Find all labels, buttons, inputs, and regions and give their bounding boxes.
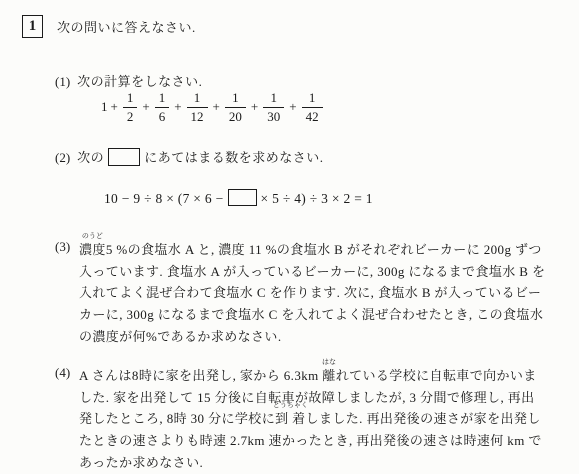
text-run: たときの速さよりも時速 2.7km 速かったとき, 再出発後の速さは時速何 km… [79, 433, 542, 448]
furigana-reading: のうど [82, 233, 103, 240]
furigana-term: はな離 [322, 365, 335, 387]
fraction-denominator: 30 [263, 107, 284, 124]
plus-operator: + [142, 99, 149, 115]
text-run: 入っています. 食塩水 A が入っているビーカーに, 300g になるまで食塩水… [79, 264, 545, 279]
math-worksheet-page: 1 次の問いに答えなさい. (1)次の計算をしなさい. 1+12+16+112+… [0, 0, 579, 474]
fraction-denominator: 42 [302, 107, 323, 124]
text-run: あったか求めなさい. [79, 455, 203, 470]
furigana-base: 濃度 [79, 242, 106, 257]
question-2-equation: 10 − 9 ÷ 8 × (7 × 6 −× 5 ÷ 4) ÷ 3 × 2 = … [104, 189, 373, 207]
plus-operator: + [174, 99, 181, 115]
furigana-reading: とうちゃく [273, 402, 308, 409]
blank-box [108, 148, 140, 166]
plus-operator: + [111, 99, 118, 115]
text-run: × 5 ÷ 4) ÷ 3 × 2 = 1 [261, 191, 373, 206]
fraction: 120 [225, 91, 246, 123]
fraction: 112 [187, 91, 208, 123]
furigana-term: とうちゃく到 着 [275, 408, 305, 430]
text-run: の濃度が何%であるか求めなさい. [79, 329, 281, 344]
paragraph-line: カーに, 300g になるまで食塩水 C を入れてよく混ぜ合わせたとき, この食… [79, 304, 545, 326]
text-run: 発したところ, 8時 30 分に学校に [79, 411, 275, 426]
question-1-label: (1) [55, 74, 70, 89]
question-1-expression: 1+12+16+112+120+130+142 [101, 91, 325, 123]
fraction-numerator: 1 [228, 91, 243, 107]
paragraph-line: たときの速さよりも時速 2.7km 速かったとき, 再出発後の速さは時速何 km… [79, 430, 542, 452]
furigana-base: 到 着 [275, 411, 305, 426]
paragraph-line: あったか求めなさい. [79, 452, 542, 474]
question-2-label: (2) [55, 150, 70, 165]
fraction-numerator: 1 [305, 91, 320, 107]
plus-operator: + [251, 99, 258, 115]
text-run: カーに, 300g になるまで食塩水 C を入れてよく混ぜ合わせたとき, この食… [79, 307, 543, 322]
fraction: 130 [263, 91, 284, 123]
question-2-text: 次のにあてはまる数を求めなさい. [77, 150, 323, 165]
text-run: にあてはまる数を求めなさい. [144, 150, 323, 165]
question-4-text: A さんは8時に家を出発し, 家から 6.3km はな離れている学校に自転車で向… [79, 365, 542, 473]
question-3-paragraph: (3) のうど濃度5 %の食塩水 A と, 濃度 11 %の食塩水 B がそれぞ… [55, 239, 545, 347]
question-2-prompt: (2)次のにあてはまる数を求めなさい. [55, 147, 323, 166]
problem-number-box: 1 [22, 15, 43, 38]
text-run: しました. 再出発後の速さが家を出発し [306, 411, 541, 426]
paragraph-line: A さんは8時に家を出発し, 家から 6.3km はな離れている学校に自転車で向… [79, 365, 542, 387]
text-run: 次の [77, 150, 104, 165]
text-run: 10 − 9 ÷ 8 × (7 × 6 − [104, 191, 224, 206]
question-3-label: (3) [55, 239, 79, 347]
text-run: A さんは8時に家を出発し, 家から 6.3km [79, 368, 322, 383]
plus-operator: + [289, 99, 296, 115]
paragraph-line: 発したところ, 8時 30 分に学校にとうちゃく到 着しました. 再出発後の速さ… [79, 408, 542, 430]
paragraph-line: 入れてよく混ぜ合わて食塩水 C を作ります. 次に, 食塩水 B が入っているビ… [79, 282, 545, 304]
fraction-numerator: 1 [123, 91, 138, 107]
main-instruction: 次の問いに答えなさい. [57, 17, 196, 36]
text-run: 5 %の食塩水 A と, 濃度 11 %の食塩水 B がそれぞれビーカーに 20… [106, 242, 542, 257]
question-3-text: のうど濃度5 %の食塩水 A と, 濃度 11 %の食塩水 B がそれぞれビーカ… [79, 239, 545, 347]
furigana-base: 離 [322, 368, 335, 383]
fraction-denominator: 2 [123, 107, 138, 124]
fraction: 142 [302, 91, 323, 123]
paragraph-line: 入っています. 食塩水 A が入っているビーカーに, 300g になるまで食塩水… [79, 261, 545, 283]
problem-header: 1 次の問いに答えなさい. [22, 15, 196, 38]
paragraph-line: のうど濃度5 %の食塩水 A と, 濃度 11 %の食塩水 B がそれぞれビーカ… [79, 239, 545, 261]
fraction-denominator: 20 [225, 107, 246, 124]
question-4-label: (4) [55, 365, 79, 473]
question-1-text: 次の計算をしなさい. [77, 74, 202, 89]
fraction-denominator: 12 [187, 107, 208, 124]
question-4-paragraph: (4) A さんは8時に家を出発し, 家から 6.3km はな離れている学校に自… [55, 365, 542, 473]
blank-box [228, 189, 257, 206]
plus-operator: + [213, 99, 220, 115]
fraction: 16 [155, 91, 170, 123]
furigana-term: のうど濃度 [79, 239, 106, 261]
fraction-lead-term: 1 [101, 99, 108, 115]
question-1-prompt: (1)次の計算をしなさい. [55, 71, 202, 90]
fraction-numerator: 1 [190, 91, 205, 107]
paragraph-line: した. 家を出発して 15 分後に自転車が故障しましたが, 3 分間で修理し, … [79, 387, 542, 409]
fraction-denominator: 6 [155, 107, 170, 124]
text-run: 入れてよく混ぜ合わて食塩水 C を作ります. 次に, 食塩水 B が入っているビ… [79, 285, 541, 300]
text-run: れている学校に自転車で向かいま [336, 368, 537, 383]
fraction-numerator: 1 [266, 91, 281, 107]
fraction-numerator: 1 [155, 91, 170, 107]
paragraph-line: の濃度が何%であるか求めなさい. [79, 326, 545, 348]
furigana-reading: はな [322, 359, 336, 366]
fraction: 12 [123, 91, 138, 123]
